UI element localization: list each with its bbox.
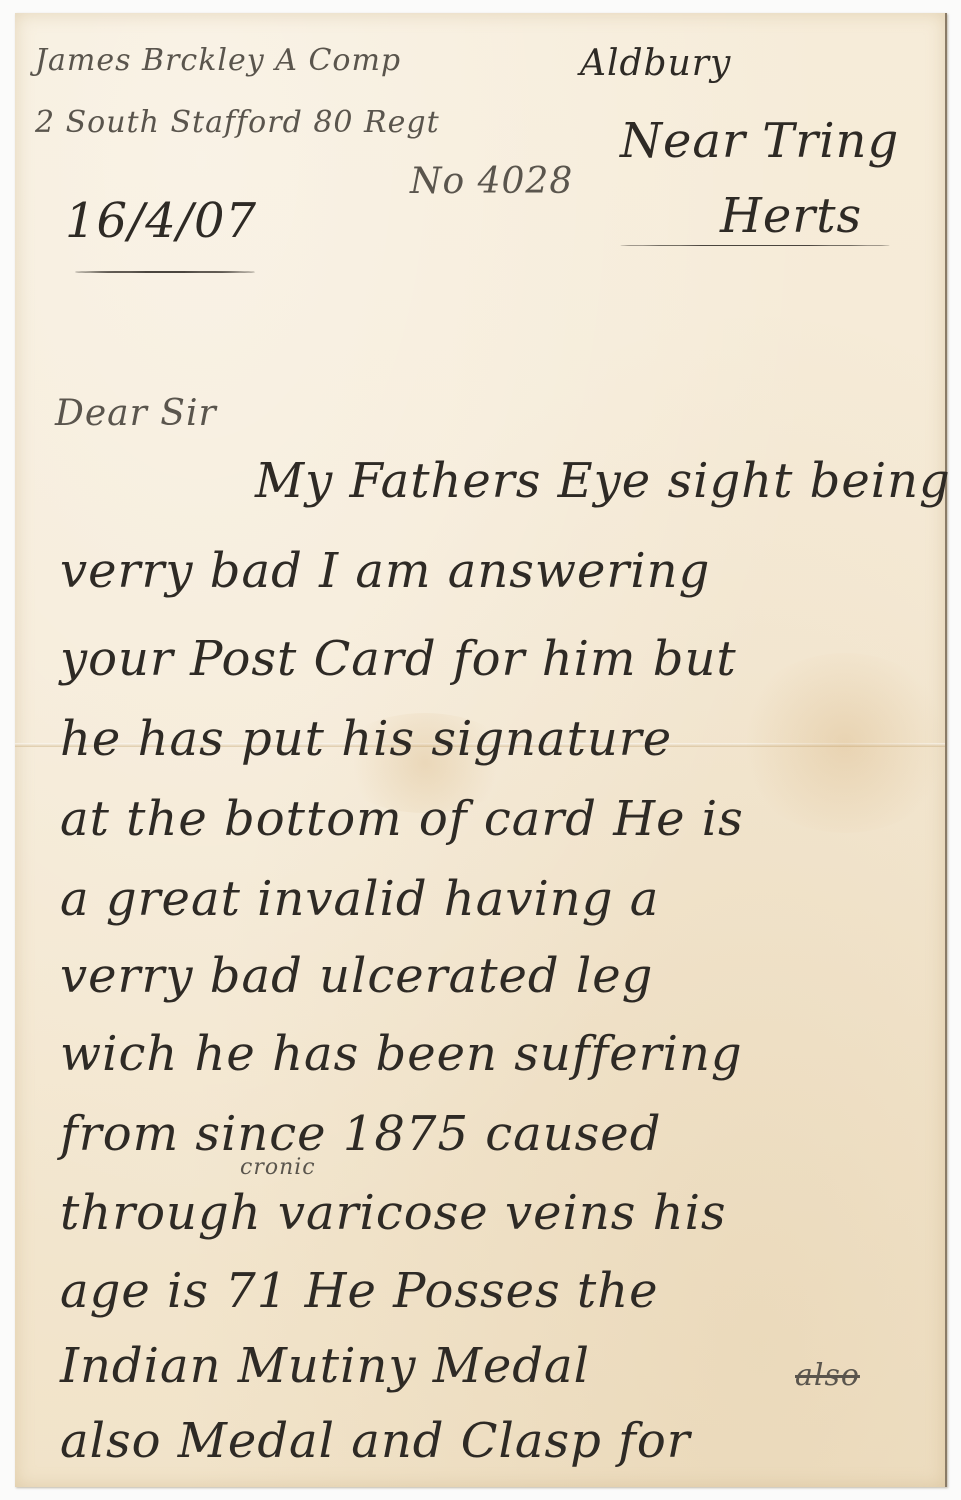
body-line: through varicose veins his	[60, 1185, 727, 1241]
address-line-3: Herts	[720, 188, 862, 244]
body-line: verry bad ulcerated leg	[60, 948, 653, 1004]
body-line: My Fathers Eye sight being	[255, 453, 951, 509]
letter-paper: James Brckley A Comp Aldbury 2 South Sta…	[15, 13, 947, 1487]
salutation: Dear Sir	[55, 393, 217, 434]
address-line-1: Aldbury	[580, 43, 731, 84]
sender-line-2: 2 South Stafford 80 Regt	[35, 105, 440, 140]
body-line: verry bad I am answering	[60, 543, 710, 599]
insertion-word: cronic	[240, 1155, 316, 1180]
foxing-stain	[735, 653, 955, 833]
body-line: age is 71 He Posses the	[60, 1263, 659, 1319]
letter-date: 16/4/07	[65, 193, 257, 249]
body-line: at the bottom of card He is	[60, 791, 744, 847]
body-line: from since 1875 caused	[60, 1106, 661, 1162]
body-line: a great invalid having a	[60, 871, 659, 927]
body-line: wich he has been suffering	[60, 1026, 743, 1082]
body-line: also Medal and Clasp for	[60, 1413, 691, 1469]
body-line: Indian Mutiny Medal	[60, 1338, 590, 1394]
service-number: No 4028	[410, 161, 573, 202]
struck-word: also	[795, 1358, 860, 1393]
body-line: your Post Card for him but	[60, 631, 737, 687]
sender-line-1: James Brckley A Comp	[35, 43, 401, 78]
date-underline	[75, 271, 255, 273]
body-line: he has put his signature	[60, 711, 672, 767]
address-line-2: Near Tring	[620, 113, 899, 169]
address-underline	[620, 245, 890, 246]
